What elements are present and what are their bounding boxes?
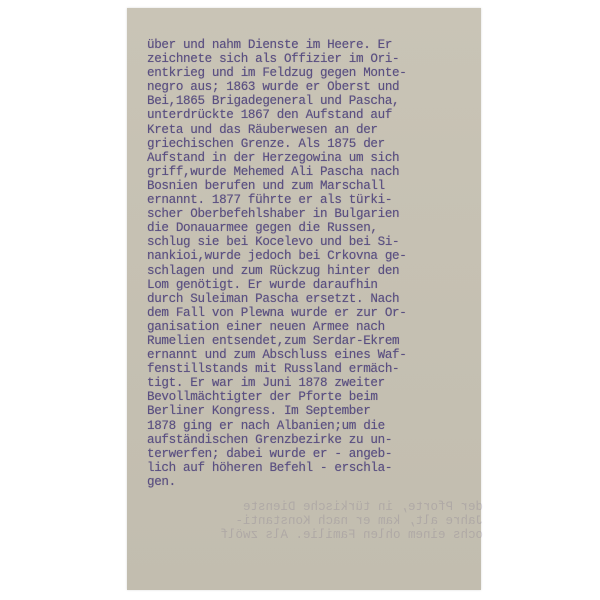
text-line: tigt. Er war im Juni 1878 zweiter [147,376,477,390]
text-line: gen. [147,475,477,489]
text-line: entkrieg und im Feldzug gegen Monte- [147,66,477,80]
text-line: durch Suleiman Pascha ersetzt. Nach [147,292,477,306]
text-line: Bosnien berufen und zum Marschall [147,179,477,193]
text-line: Berliner Kongress. Im September [147,404,477,418]
text-line: lich auf höheren Befehl - erschla- [147,461,477,475]
text-line: Rumelien entsendet,zum Serdar-Ekrem [147,334,477,348]
text-line: ganisation einer neuen Armee nach [147,320,477,334]
scanned-document: über und nahm Dienste im Heere. Erzeichn… [0,0,600,600]
text-line: aufständischen Grenzbezirke zu un- [147,433,477,447]
bleed-through-text: der Pforte, in türkische DiensteJahre al… [153,500,483,542]
text-line: ernannt und zum Abschluss eines Waf- [147,348,477,362]
text-line: ernannt. 1877 führte er als türki- [147,193,477,207]
text-line: die Donauarmee gegen die Russen, [147,221,477,235]
bleed-line: ochs einem ohlen Familie. Als zwölf [153,528,483,542]
paper-sheet: über und nahm Dienste im Heere. Erzeichn… [127,8,481,590]
text-line: dem Fall von Plewna wurde er zur Or- [147,306,477,320]
bleed-line: Jahre alt, kam er nach Konstanti- [153,514,483,528]
text-line: Lom genötigt. Er wurde daraufhin [147,278,477,292]
text-line: negro aus; 1863 wurde er Oberst und [147,80,477,94]
text-line: griechischen Grenze. Als 1875 der [147,137,477,151]
text-line: schlagen und zum Rückzug hinter den [147,264,477,278]
text-line: Bei,1865 Brigadegeneral und Pascha, [147,94,477,108]
text-line: Aufstand in der Herzegowina um sich [147,151,477,165]
text-line: unterdrückte 1867 den Aufstand auf [147,108,477,122]
text-line: Bevollmächtigter der Pforte beim [147,390,477,404]
text-line: schlug sie bei Kocelevo und bei Si- [147,235,477,249]
text-line: Kreta und das Räuberwesen an der [147,123,477,137]
text-line: zeichnete sich als Offizier im Ori- [147,52,477,66]
text-line: scher Oberbefehlshaber in Bulgarien [147,207,477,221]
text-line: griff,wurde Mehemed Ali Pascha nach [147,165,477,179]
text-line: nankioi,wurde jedoch bei Crkovna ge- [147,249,477,263]
bleed-line: der Pforte, in türkische Dienste [153,500,483,514]
text-line: terwerfen; dabei wurde er - angeb- [147,447,477,461]
text-line: über und nahm Dienste im Heere. Er [147,38,477,52]
text-line: fenstillstands mit Russland ermäch- [147,362,477,376]
text-line: 1878 ging er nach Albanien;um die [147,419,477,433]
typewritten-text: über und nahm Dienste im Heere. Erzeichn… [147,38,477,489]
